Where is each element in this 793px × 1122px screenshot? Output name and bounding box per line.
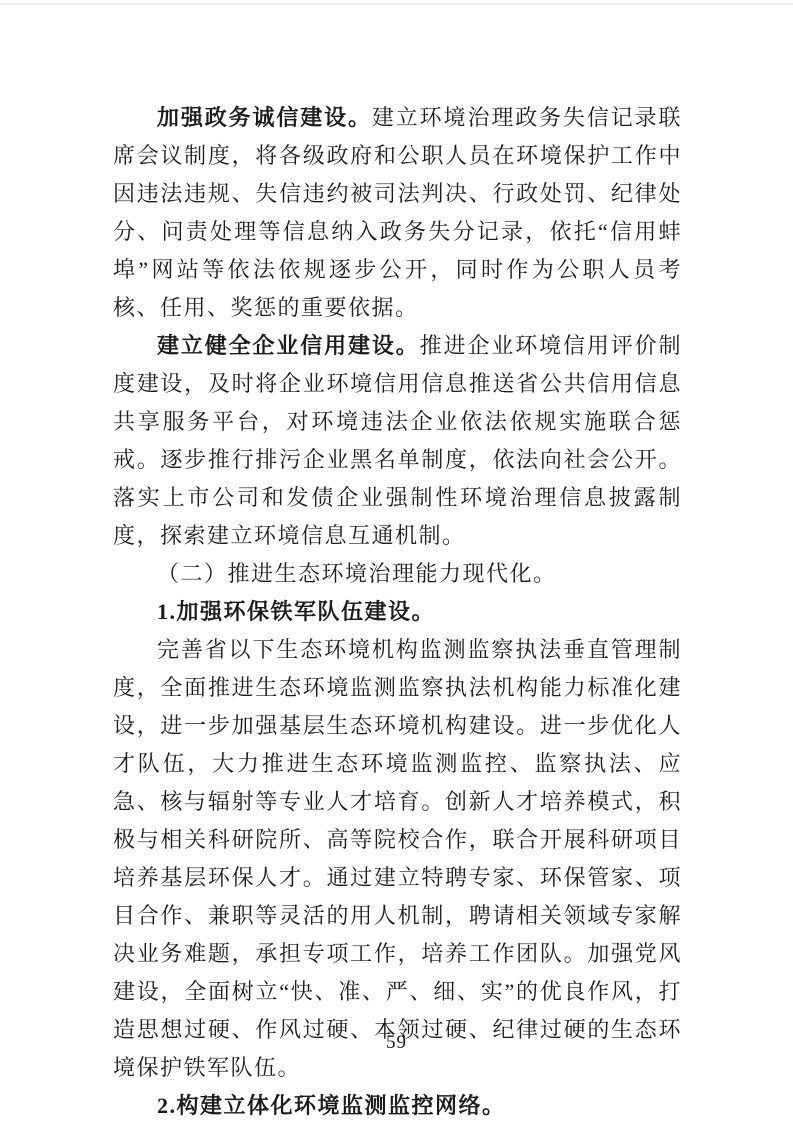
paragraph-lead: 建立健全企业信用建设。 [157,333,420,358]
paragraph-text: 建立环境治理政务失信记录联席会议制度，将各级政府和公职人员在环境保护工作中因违法… [113,105,682,320]
paragraph-text: 完善省以下生态环境机构监测监察执法垂直管理制度，全面推进生态环境监测监察执法机构… [113,637,682,1080]
paragraph-team-building: 完善省以下生态环境机构监测监察执法垂直管理制度，全面推进生态环境监测监察执法机构… [113,631,682,1087]
numbered-heading-environmental-team: 1.加强环保铁军队伍建设。 [113,593,682,631]
paragraph-government-credit: 加强政务诚信建设。建立环境治理政务失信记录联席会议制度，将各级政府和公职人员在环… [113,99,682,327]
paragraph-text: 推进企业环境信用评价制度建设，及时将企业环境信用信息推送省公共信用信息共享服务平… [113,333,682,548]
scan-artifact-line [0,3,793,5]
paragraph-enterprise-credit: 建立健全企业信用建设。推进企业环境信用评价制度建设，及时将企业环境信用信息推送省… [113,327,682,555]
document-body: 加强政务诚信建设。建立环境治理政务失信记录联席会议制度，将各级政府和公职人员在环… [113,99,682,1122]
document-page: 加强政务诚信建设。建立环境治理政务失信记录联席会议制度，将各级政府和公职人员在环… [0,0,793,1122]
paragraph-lead: 加强政务诚信建设。 [157,105,372,130]
page-number: 59 [0,1032,793,1054]
section-heading-governance-modernization: （二）推进生态环境治理能力现代化。 [113,555,682,593]
numbered-heading-monitoring-network: 2.构建立体化环境监测监控网络。 [113,1087,682,1122]
